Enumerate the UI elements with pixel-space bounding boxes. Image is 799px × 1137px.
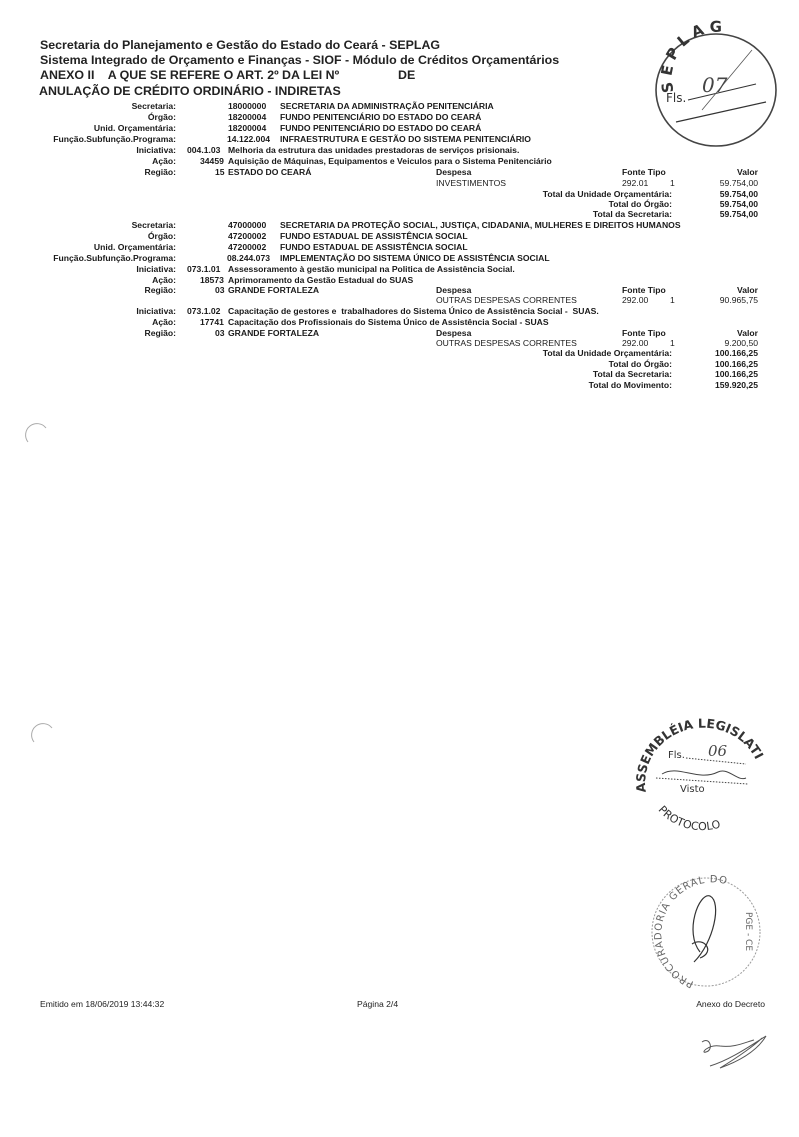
- name: INFRAESTRUTURA E GESTÃO DO SISTEMA PENIT…: [280, 134, 531, 144]
- name: Melhoria da estrutura das unidades prest…: [228, 145, 519, 155]
- total-orgao-row: Total do Órgão: 100.166,25: [0, 359, 799, 369]
- pge-side-text: PGE - CE: [743, 912, 753, 951]
- tipo: 1: [670, 295, 675, 305]
- name: Capacitação dos Profissionais do Sistema…: [228, 317, 549, 327]
- label: Total da Unidade Orçamentária:: [543, 189, 672, 199]
- total-secretaria-row: Total da Secretaria: 59.754,00: [0, 209, 799, 219]
- annex-label: Anexo do Decreto: [696, 999, 765, 1009]
- protocolo-stamp-text: PROTOCOLO: [656, 803, 722, 833]
- name: Assessoramento à gestão municipal na Pol…: [228, 264, 515, 274]
- label: Total da Secretaria:: [593, 209, 672, 219]
- code: 47000000: [228, 220, 266, 230]
- name: IMPLEMENTAÇÃO DO SISTEMA ÚNICO DE ASSIST…: [280, 253, 550, 263]
- row-regiao: Região: 15 ESTADO DO CEARÁ Despesa Fonte…: [0, 167, 799, 177]
- total-secretaria-row: Total da Secretaria: 100.166,25: [0, 369, 799, 379]
- code: 15: [215, 167, 225, 177]
- label: Secretaria:: [132, 220, 176, 230]
- value: 100.166,25: [715, 369, 758, 379]
- fonte-tipo-header: Fonte Tipo: [622, 167, 666, 177]
- label: Função.Subfunção.Programa:: [53, 253, 176, 263]
- header-line-2: Sistema Integrado de Orçamento e Finança…: [40, 53, 559, 67]
- valor: 59.754,00: [720, 178, 758, 188]
- label: Órgão:: [148, 112, 176, 122]
- code: 073.1.02: [187, 306, 220, 316]
- value: 59.754,00: [720, 199, 758, 209]
- assembleia-fls-label: Fls.: [668, 750, 685, 761]
- header-line-3-de: DE: [398, 68, 415, 82]
- label: Ação:: [152, 156, 176, 166]
- header-line-3: ANEXO II A QUE SE REFERE O ART. 2º DA LE…: [40, 68, 339, 82]
- row-secretaria: Secretaria: 47000000 SECRETARIA DA PROTE…: [0, 220, 799, 230]
- code: 18000000: [228, 101, 266, 111]
- seplag-folio-number: 07: [702, 73, 728, 97]
- fonte-tipo-header: Fonte Tipo: [622, 285, 666, 295]
- expense-row: OUTRAS DESPESAS CORRENTES 292.00 1 90.96…: [0, 295, 799, 305]
- name: FUNDO PENITENCIÁRIO DO ESTADO DO CEARÁ: [280, 112, 481, 122]
- report-title: ANULAÇÃO DE CRÉDITO ORDINÁRIO - INDIRETA…: [39, 84, 341, 98]
- despesa: INVESTIMENTOS: [436, 178, 506, 188]
- name: FUNDO PENITENCIÁRIO DO ESTADO DO CEARÁ: [280, 123, 481, 133]
- row-funcao: Função.Subfunção.Programa: 08.244.073 IM…: [0, 253, 799, 263]
- name: SECRETARIA DA ADMINISTRAÇÃO PENITENCIÁRI…: [280, 101, 494, 111]
- label: Total da Secretaria:: [593, 369, 672, 379]
- code: 004.1.03: [187, 145, 220, 155]
- svg-text:PROTOCOLO: PROTOCOLO: [656, 803, 722, 833]
- label: Unid. Orçamentária:: [94, 123, 176, 133]
- code: 08.244.073: [227, 253, 270, 263]
- pge-stamp: PROCURADORIA GERAL DO ESTADO PGE - CE: [644, 872, 769, 992]
- despesa: OUTRAS DESPESAS CORRENTES: [436, 338, 577, 348]
- total-unid-row: Total da Unidade Orçamentária: 100.166,2…: [0, 348, 799, 358]
- label: Secretaria:: [132, 101, 176, 111]
- name: FUNDO ESTADUAL DE ASSISTÊNCIA SOCIAL: [280, 242, 468, 252]
- code: 03: [215, 285, 225, 295]
- code: 47200002: [228, 242, 266, 252]
- label: Ação:: [152, 275, 176, 285]
- label: Total do Órgão:: [609, 199, 672, 209]
- name: Aprimoramento da Gestão Estadual do SUAS: [228, 275, 413, 285]
- despesa: OUTRAS DESPESAS CORRENTES: [436, 295, 577, 305]
- label: Iniciativa:: [136, 264, 176, 274]
- row-acao: Ação: 18573 Aprimoramento da Gestão Esta…: [0, 275, 799, 285]
- assembleia-folio-number: 06: [708, 742, 728, 760]
- code: 14.122.004: [227, 134, 270, 144]
- value: 59.754,00: [720, 189, 758, 199]
- valor-header: Valor: [737, 167, 758, 177]
- label: Total do Movimento:: [589, 380, 672, 390]
- valor-header: Valor: [737, 328, 758, 338]
- code: 03: [215, 328, 225, 338]
- page-number: Página 2/4: [357, 999, 398, 1009]
- total-movimento-row: Total do Movimento: 159.920,25: [0, 380, 799, 390]
- code: 17741: [200, 317, 224, 327]
- name: Aquisição de Máquinas, Equipamentos e Ve…: [228, 156, 552, 166]
- name: Capacitação de gestores e trabalhadores …: [228, 306, 599, 316]
- despesa-header: Despesa: [436, 167, 471, 177]
- seplag-fls-label: Fls.: [666, 91, 686, 105]
- punch-hole-bottom: [30, 722, 56, 748]
- svg-text:ASSEMBLÉIA LEGISLATIVA DO CEAR: ASSEMBLÉIA LEGISLATIVA DO CEARÁ: [623, 700, 767, 793]
- expense-row: OUTRAS DESPESAS CORRENTES 292.00 1 9.200…: [0, 338, 799, 348]
- header-line-1: Secretaria do Planejamento e Gestão do E…: [40, 38, 440, 52]
- despesa-header: Despesa: [436, 328, 471, 338]
- row-acao: Ação: 17741 Capacitação dos Profissionai…: [0, 317, 799, 327]
- value: 159.920,25: [715, 380, 758, 390]
- label: Órgão:: [148, 231, 176, 241]
- label: Região:: [144, 167, 176, 177]
- code: 47200002: [228, 231, 266, 241]
- fonte: 292.01: [622, 178, 648, 188]
- label: Região:: [144, 328, 176, 338]
- label: Total da Unidade Orçamentária:: [543, 348, 672, 358]
- tipo: 1: [670, 338, 675, 348]
- code: 073.1.01: [187, 264, 220, 274]
- label: Unid. Orçamentária:: [94, 242, 176, 252]
- signature-mark: [700, 1032, 780, 1072]
- value: 59.754,00: [720, 209, 758, 219]
- despesa-header: Despesa: [436, 285, 471, 295]
- fonte-tipo-header: Fonte Tipo: [622, 328, 666, 338]
- code: 34459: [200, 156, 224, 166]
- label: Iniciativa:: [136, 145, 176, 155]
- row-regiao: Região: 03 GRANDE FORTALEZA Despesa Font…: [0, 285, 799, 295]
- row-iniciativa: Iniciativa: 073.1.01 Assessoramento à ge…: [0, 264, 799, 274]
- fonte: 292.00: [622, 295, 648, 305]
- code: 18200004: [228, 112, 266, 122]
- fonte: 292.00: [622, 338, 648, 348]
- label: Total do Órgão:: [609, 359, 672, 369]
- name: SECRETARIA DA PROTEÇÃO SOCIAL, JUSTIÇA, …: [280, 220, 681, 230]
- code: 18200004: [228, 123, 266, 133]
- svg-text:PROCURADORIA GERAL DO ESTADO: PROCURADORIA GERAL DO ESTADO: [640, 864, 734, 989]
- expense-row: INVESTIMENTOS 292.01 1 59.754,00: [0, 178, 799, 188]
- pge-stamp-text: PROCURADORIA GERAL DO ESTADO: [640, 864, 734, 989]
- label: Iniciativa:: [136, 306, 176, 316]
- name: ESTADO DO CEARÁ: [228, 167, 311, 177]
- assembleia-visto-label: Visto: [680, 784, 705, 795]
- code: 18573: [200, 275, 224, 285]
- punch-hole-top: [24, 422, 50, 448]
- emission-timestamp: Emitido em 18/06/2019 13:44:32: [40, 999, 164, 1009]
- row-orgao: Órgão: 47200002 FUNDO ESTADUAL DE ASSIST…: [0, 231, 799, 241]
- valor-header: Valor: [737, 285, 758, 295]
- assembleia-protocol-stamp: ASSEMBLÉIA LEGISLATIVA DO CEARÁ PROTOCOL…: [628, 712, 778, 837]
- value: 100.166,25: [715, 359, 758, 369]
- name: FUNDO ESTADUAL DE ASSISTÊNCIA SOCIAL: [280, 231, 468, 241]
- name: GRANDE FORTALEZA: [228, 285, 319, 295]
- valor: 9.200,50: [725, 338, 758, 348]
- label: Região:: [144, 285, 176, 295]
- row-regiao: Região: 03 GRANDE FORTALEZA Despesa Font…: [0, 328, 799, 338]
- name: GRANDE FORTALEZA: [228, 328, 319, 338]
- row-unid: Unid. Orçamentária: 47200002 FUNDO ESTAD…: [0, 242, 799, 252]
- row-iniciativa: Iniciativa: 073.1.02 Capacitação de gest…: [0, 306, 799, 316]
- label: Função.Subfunção.Programa:: [53, 134, 176, 144]
- row-acao: Ação: 34459 Aquisição de Máquinas, Equip…: [0, 156, 799, 166]
- total-unid-row: Total da Unidade Orçamentária: 59.754,00: [0, 189, 799, 199]
- valor: 90.965,75: [720, 295, 758, 305]
- total-orgao-row: Total do Órgão: 59.754,00: [0, 199, 799, 209]
- value: 100.166,25: [715, 348, 758, 358]
- tipo: 1: [670, 178, 675, 188]
- seplag-stamp: SEPLAG Fls. 07: [652, 30, 782, 150]
- label: Ação:: [152, 317, 176, 327]
- assembleia-stamp-text: ASSEMBLÉIA LEGISLATIVA DO CEARÁ: [623, 700, 767, 793]
